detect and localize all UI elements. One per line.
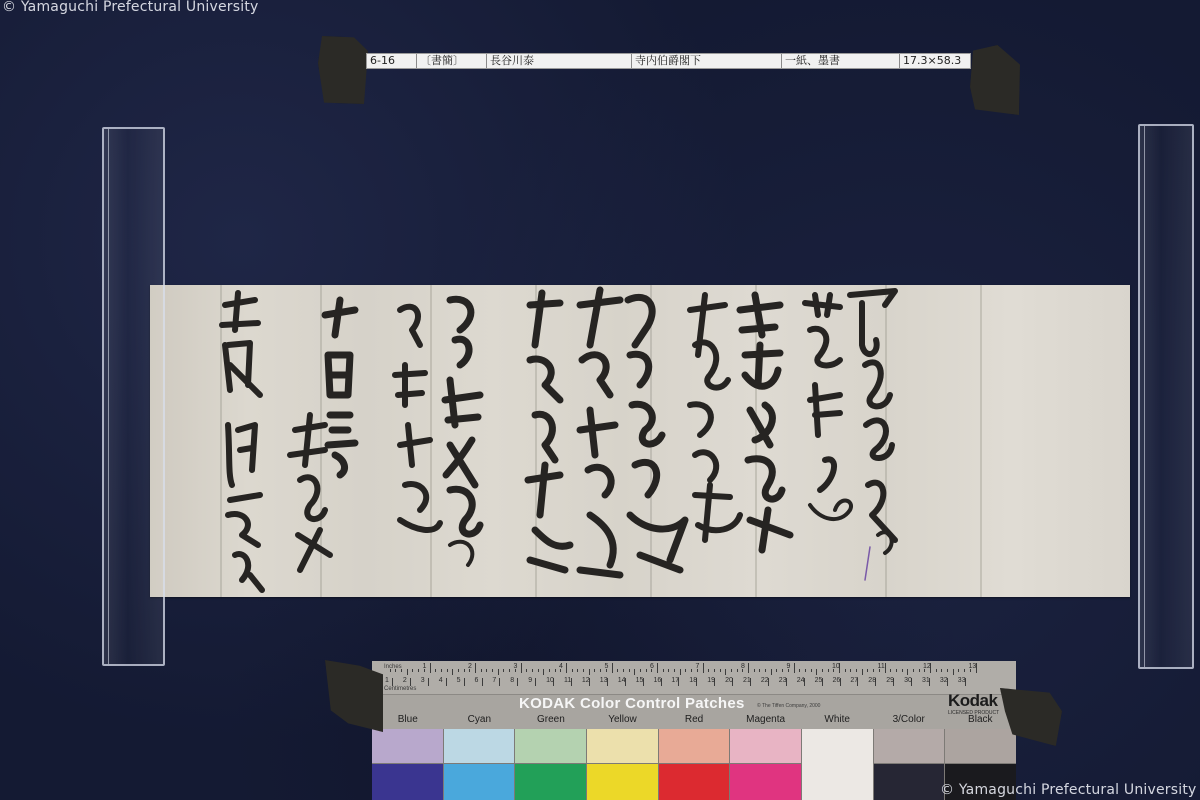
- inch-minor-tick: [782, 669, 783, 672]
- acrylic-weight-left: [102, 127, 165, 666]
- inch-minor-tick: [663, 669, 664, 672]
- patch-labels: Blue Cyan Green Yellow Red Magenta White…: [372, 714, 1016, 728]
- inch-minor-tick: [685, 669, 686, 672]
- cm-number: 2: [403, 677, 407, 684]
- patch-swatch-light: [444, 729, 515, 764]
- inch-minor-tick: [862, 669, 863, 675]
- inch-minor-tick: [953, 669, 954, 675]
- patch-cyan: [444, 729, 516, 800]
- inch-minor-tick: [879, 669, 880, 672]
- inch-minor-tick: [720, 669, 721, 672]
- inch-minor-tick: [492, 669, 493, 672]
- inch-minor-tick: [583, 669, 584, 672]
- inch-minor-tick: [913, 669, 914, 672]
- patch-swatch-light: [587, 729, 658, 764]
- cm-tick: [464, 678, 465, 686]
- author: 長谷川泰: [487, 54, 632, 68]
- inch-minor-tick: [418, 669, 419, 672]
- patch-swatch-light: [874, 729, 945, 764]
- cm-number: 20: [725, 677, 733, 684]
- color-patches: [372, 729, 1016, 800]
- copyright-watermark-top: © Yamaguchi Prefectural University: [2, 0, 259, 15]
- inch-minor-tick: [828, 669, 829, 672]
- inch-minor-tick: [447, 669, 448, 672]
- patch-label-cyan: Cyan: [444, 714, 516, 728]
- inch-minor-tick: [589, 669, 590, 675]
- inch-tick: [566, 663, 567, 673]
- inch-minor-tick: [617, 669, 618, 672]
- inch-minor-tick: [958, 669, 959, 672]
- patch-swatch-dark: [587, 764, 658, 800]
- cm-number: 11: [564, 677, 571, 684]
- inch-minor-tick: [924, 669, 925, 672]
- patch-swatch-dark: [372, 764, 443, 800]
- measurement-ruler: Inches Centimetres 123456789101112131415…: [372, 661, 1016, 695]
- patch-swatch-dark: [730, 764, 801, 800]
- cm-number: 28: [868, 677, 876, 684]
- cm-tick: [410, 678, 411, 686]
- cm-tick: [446, 678, 447, 686]
- calligraphy-letter: [150, 285, 1130, 597]
- inch-minor-tick: [390, 669, 391, 672]
- inch-tick: [521, 663, 522, 673]
- cm-number: 32: [940, 677, 948, 684]
- cm-number: 17: [671, 677, 679, 684]
- inch-minor-tick: [668, 669, 669, 672]
- inch-minor-tick: [731, 669, 732, 672]
- cm-tick: [392, 678, 393, 686]
- inch-minor-tick: [629, 669, 630, 672]
- brush-calligraphy: [150, 285, 1130, 597]
- format-medium: 一紙、墨書: [782, 54, 900, 68]
- inch-minor-tick: [651, 669, 652, 672]
- chart-title: KODAK Color Control Patches: [519, 695, 745, 712]
- inch-minor-tick: [543, 669, 544, 675]
- catalog-number: 6-16: [367, 54, 417, 68]
- patch-magenta: [730, 729, 802, 800]
- cm-number: 23: [779, 677, 787, 684]
- inch-minor-tick: [634, 669, 635, 675]
- patch-red: [659, 729, 731, 800]
- cm-tick: [482, 678, 483, 686]
- inch-minor-tick: [395, 669, 396, 672]
- inch-minor-tick: [737, 669, 738, 672]
- inch-minor-tick: [867, 669, 868, 672]
- patch-swatch-dark: [444, 764, 515, 800]
- inch-minor-tick: [896, 669, 897, 672]
- patch-swatch-light: [730, 729, 801, 764]
- inch-minor-tick: [441, 669, 442, 672]
- patch-label-green: Green: [515, 714, 587, 728]
- cm-number: 18: [689, 677, 697, 684]
- inch-minor-tick: [850, 669, 851, 672]
- inch-minor-tick: [856, 669, 857, 672]
- inch-minor-tick: [725, 669, 726, 675]
- inch-tick: [748, 663, 749, 673]
- inch-minor-tick: [549, 669, 550, 672]
- cm-number: 29: [886, 677, 894, 684]
- inch-minor-tick: [919, 669, 920, 672]
- inch-minor-tick: [776, 669, 777, 672]
- inch-minor-tick: [640, 669, 641, 672]
- inch-minor-tick: [600, 669, 601, 672]
- inch-minor-tick: [759, 669, 760, 672]
- inch-minor-tick: [947, 669, 948, 672]
- inches-label: Inches: [384, 664, 402, 670]
- inch-minor-tick: [907, 669, 908, 675]
- patch-yellow: [587, 729, 659, 800]
- inch-tick: [475, 663, 476, 673]
- inch-minor-tick: [902, 669, 903, 672]
- patch-label-3color: 3/Color: [873, 714, 945, 728]
- patch-swatch: [802, 729, 873, 800]
- patch-swatch-dark: [659, 764, 730, 800]
- inch-minor-tick: [458, 669, 459, 672]
- patch-swatch-light: [945, 729, 1016, 764]
- inch-minor-tick: [560, 669, 561, 672]
- cm-number: 10: [546, 677, 554, 684]
- inch-minor-tick: [577, 669, 578, 672]
- inch-minor-tick: [805, 669, 806, 672]
- inch-minor-tick: [412, 669, 413, 672]
- patch-swatch-dark: [515, 764, 586, 800]
- inch-minor-tick: [816, 669, 817, 675]
- inch-minor-tick: [754, 669, 755, 672]
- inch-minor-tick: [646, 669, 647, 672]
- cm-number: 25: [815, 677, 823, 684]
- cm-number: 26: [833, 677, 841, 684]
- inch-minor-tick: [890, 669, 891, 672]
- inch-minor-tick: [435, 669, 436, 672]
- inch-minor-tick: [811, 669, 812, 672]
- patch-green: [515, 729, 587, 800]
- cm-number: 27: [850, 677, 858, 684]
- cm-number: 33: [958, 677, 966, 684]
- tape-piece-top-right: [970, 45, 1020, 115]
- cm-number: 13: [600, 677, 608, 684]
- dimensions: 17.3×58.3: [900, 54, 970, 68]
- inch-minor-tick: [526, 669, 527, 672]
- inch-minor-tick: [532, 669, 533, 672]
- patch-swatch-light: [372, 729, 443, 764]
- inch-minor-tick: [788, 669, 789, 672]
- patch-label-yellow: Yellow: [587, 714, 659, 728]
- inch-minor-tick: [833, 669, 834, 672]
- cm-number: 24: [797, 677, 805, 684]
- inch-minor-tick: [680, 669, 681, 675]
- cm-number: 14: [618, 677, 626, 684]
- patch-label-black: Black: [945, 714, 1017, 728]
- cm-tick: [428, 678, 429, 686]
- inch-minor-tick: [498, 669, 499, 675]
- inch-minor-tick: [941, 669, 942, 672]
- patch-white: [802, 729, 874, 800]
- inch-minor-tick: [486, 669, 487, 672]
- cm-number: 31: [922, 677, 930, 684]
- inch-minor-tick: [555, 669, 556, 672]
- patch-swatch-dark: [874, 764, 945, 800]
- inch-minor-tick: [464, 669, 465, 672]
- patch-swatch-light: [659, 729, 730, 764]
- inch-minor-tick: [845, 669, 846, 672]
- copyright-watermark-bottom: © Yamaguchi Prefectural University: [940, 782, 1197, 798]
- patch-3color: [874, 729, 946, 800]
- inch-minor-tick: [799, 669, 800, 672]
- cm-number: 6: [475, 677, 479, 684]
- kodak-logo: Kodak: [948, 691, 997, 711]
- inch-minor-tick: [873, 669, 874, 672]
- recipient: 寺内伯爵閣下: [632, 54, 782, 68]
- cm-tick: [517, 678, 518, 686]
- cm-number: 9: [528, 677, 532, 684]
- inch-minor-tick: [594, 669, 595, 672]
- acrylic-weight-right: [1138, 124, 1194, 669]
- cm-number: 5: [457, 677, 461, 684]
- cm-number: 30: [904, 677, 912, 684]
- inch-minor-tick: [401, 669, 402, 672]
- centimetres-label: Centimetres: [384, 686, 416, 692]
- cm-tick: [535, 678, 536, 686]
- inch-minor-tick: [606, 669, 607, 672]
- inch-minor-tick: [424, 669, 425, 672]
- inch-minor-tick: [503, 669, 504, 672]
- document-type: 〔書簡〕: [417, 54, 487, 68]
- cm-number: 1: [385, 677, 389, 684]
- catalog-label: 6-16 〔書簡〕 長谷川泰 寺内伯爵閣下 一紙、墨書 17.3×58.3: [366, 53, 971, 69]
- inch-minor-tick: [964, 669, 965, 672]
- cm-number: 21: [743, 677, 751, 684]
- cm-number: 3: [421, 677, 425, 684]
- inch-minor-tick: [407, 669, 408, 675]
- kodak-color-control-chart: Inches Centimetres 123456789101112131415…: [372, 661, 1016, 800]
- inch-minor-tick: [822, 669, 823, 672]
- cm-number: 22: [761, 677, 769, 684]
- tape-piece-top-left: [318, 36, 368, 104]
- cm-number: 8: [510, 677, 514, 684]
- inch-minor-tick: [481, 669, 482, 672]
- inch-minor-tick: [714, 669, 715, 672]
- inch-tick: [612, 663, 613, 673]
- inch-minor-tick: [936, 669, 937, 672]
- cm-number: 16: [654, 677, 662, 684]
- inch-minor-tick: [708, 669, 709, 672]
- inch-minor-tick: [970, 669, 971, 672]
- inch-minor-tick: [572, 669, 573, 672]
- cm-number: 19: [707, 677, 715, 684]
- inch-minor-tick: [742, 669, 743, 672]
- cm-number: 7: [492, 677, 496, 684]
- inch-minor-tick: [538, 669, 539, 672]
- patch-label-red: Red: [658, 714, 730, 728]
- patch-label-magenta: Magenta: [730, 714, 802, 728]
- patch-label-white: White: [801, 714, 873, 728]
- inch-minor-tick: [469, 669, 470, 672]
- inch-minor-tick: [674, 669, 675, 672]
- cm-tick: [499, 678, 500, 686]
- inch-minor-tick: [771, 669, 772, 675]
- inch-minor-tick: [452, 669, 453, 675]
- patch-swatch-light: [515, 729, 586, 764]
- inch-minor-tick: [515, 669, 516, 672]
- patch-blue: [372, 729, 444, 800]
- inch-minor-tick: [765, 669, 766, 672]
- cm-number: 4: [439, 677, 443, 684]
- inch-minor-tick: [697, 669, 698, 672]
- cm-number: 12: [582, 677, 590, 684]
- inch-tick: [794, 663, 795, 673]
- inch-tick: [657, 663, 658, 673]
- cm-number: 15: [636, 677, 644, 684]
- inch-minor-tick: [509, 669, 510, 672]
- chart-copyright: © The Tiffen Company, 2000: [757, 703, 820, 709]
- inch-tick: [703, 663, 704, 673]
- inch-tick: [430, 663, 431, 673]
- inch-minor-tick: [623, 669, 624, 672]
- inch-minor-tick: [691, 669, 692, 672]
